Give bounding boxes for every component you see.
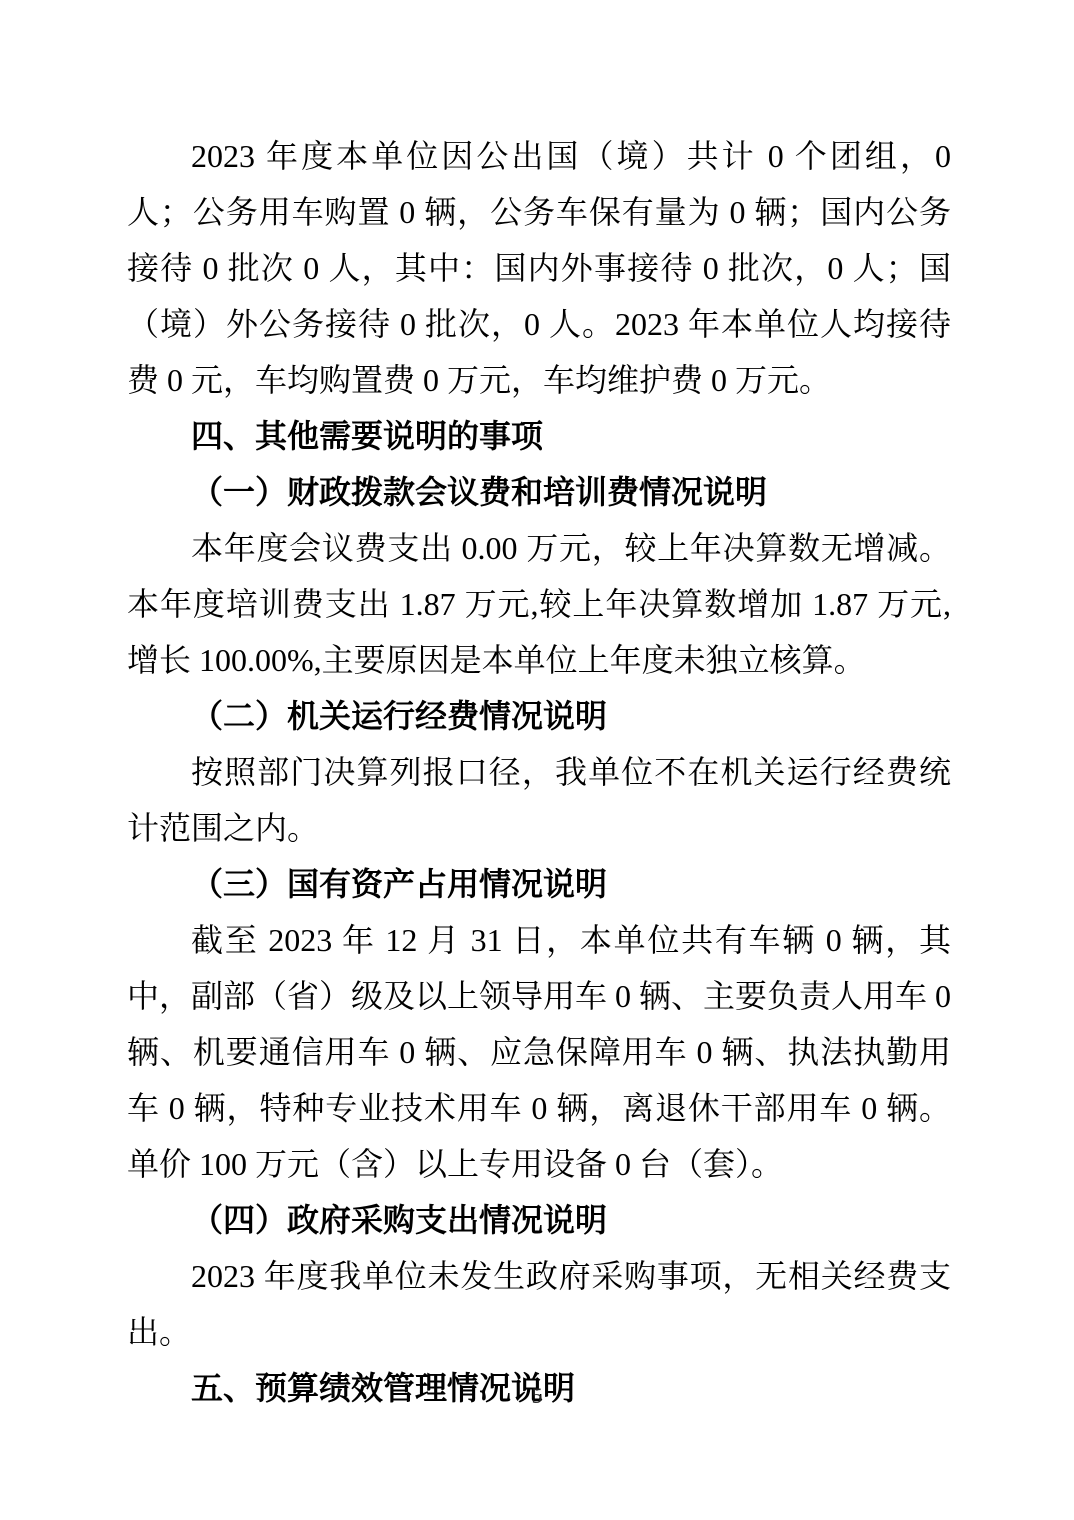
document-body: 2023 年度本单位因公出国（境）共计 0 个团组，0 人；公务用车购置 0 辆… [127,128,951,1416]
heading-4-1-meeting-training-fees: （一）财政拨款会议费和培训费情况说明 [127,464,951,520]
document-page: 2023 年度本单位因公出国（境）共计 0 个团组，0 人；公务用车购置 0 辆… [0,0,1074,1520]
paragraph-meeting-training-fees: 本年度会议费支出 0.00 万元，较上年决算数无增减。本年度培训费支出 1.87… [127,520,951,688]
heading-section-4: 四、其他需要说明的事项 [127,408,951,464]
paragraph-sanggong-expenses: 2023 年度本单位因公出国（境）共计 0 个团组，0 人；公务用车购置 0 辆… [127,128,951,408]
heading-4-3-state-assets: （三）国有资产占用情况说明 [127,856,951,912]
paragraph-operating-expenses: 按照部门决算列报口径，我单位不在机关运行经费统计范围之内。 [127,744,951,856]
heading-4-4-government-procurement: （四）政府采购支出情况说明 [127,1192,951,1248]
paragraph-state-assets: 截至 2023 年 12 月 31 日，本单位共有车辆 0 辆，其中，副部（省）… [127,912,951,1192]
page-number: 5 [0,1382,1074,1410]
heading-4-2-operating-expenses: （二）机关运行经费情况说明 [127,688,951,744]
paragraph-government-procurement: 2023 年度我单位未发生政府采购事项，无相关经费支出。 [127,1248,951,1360]
